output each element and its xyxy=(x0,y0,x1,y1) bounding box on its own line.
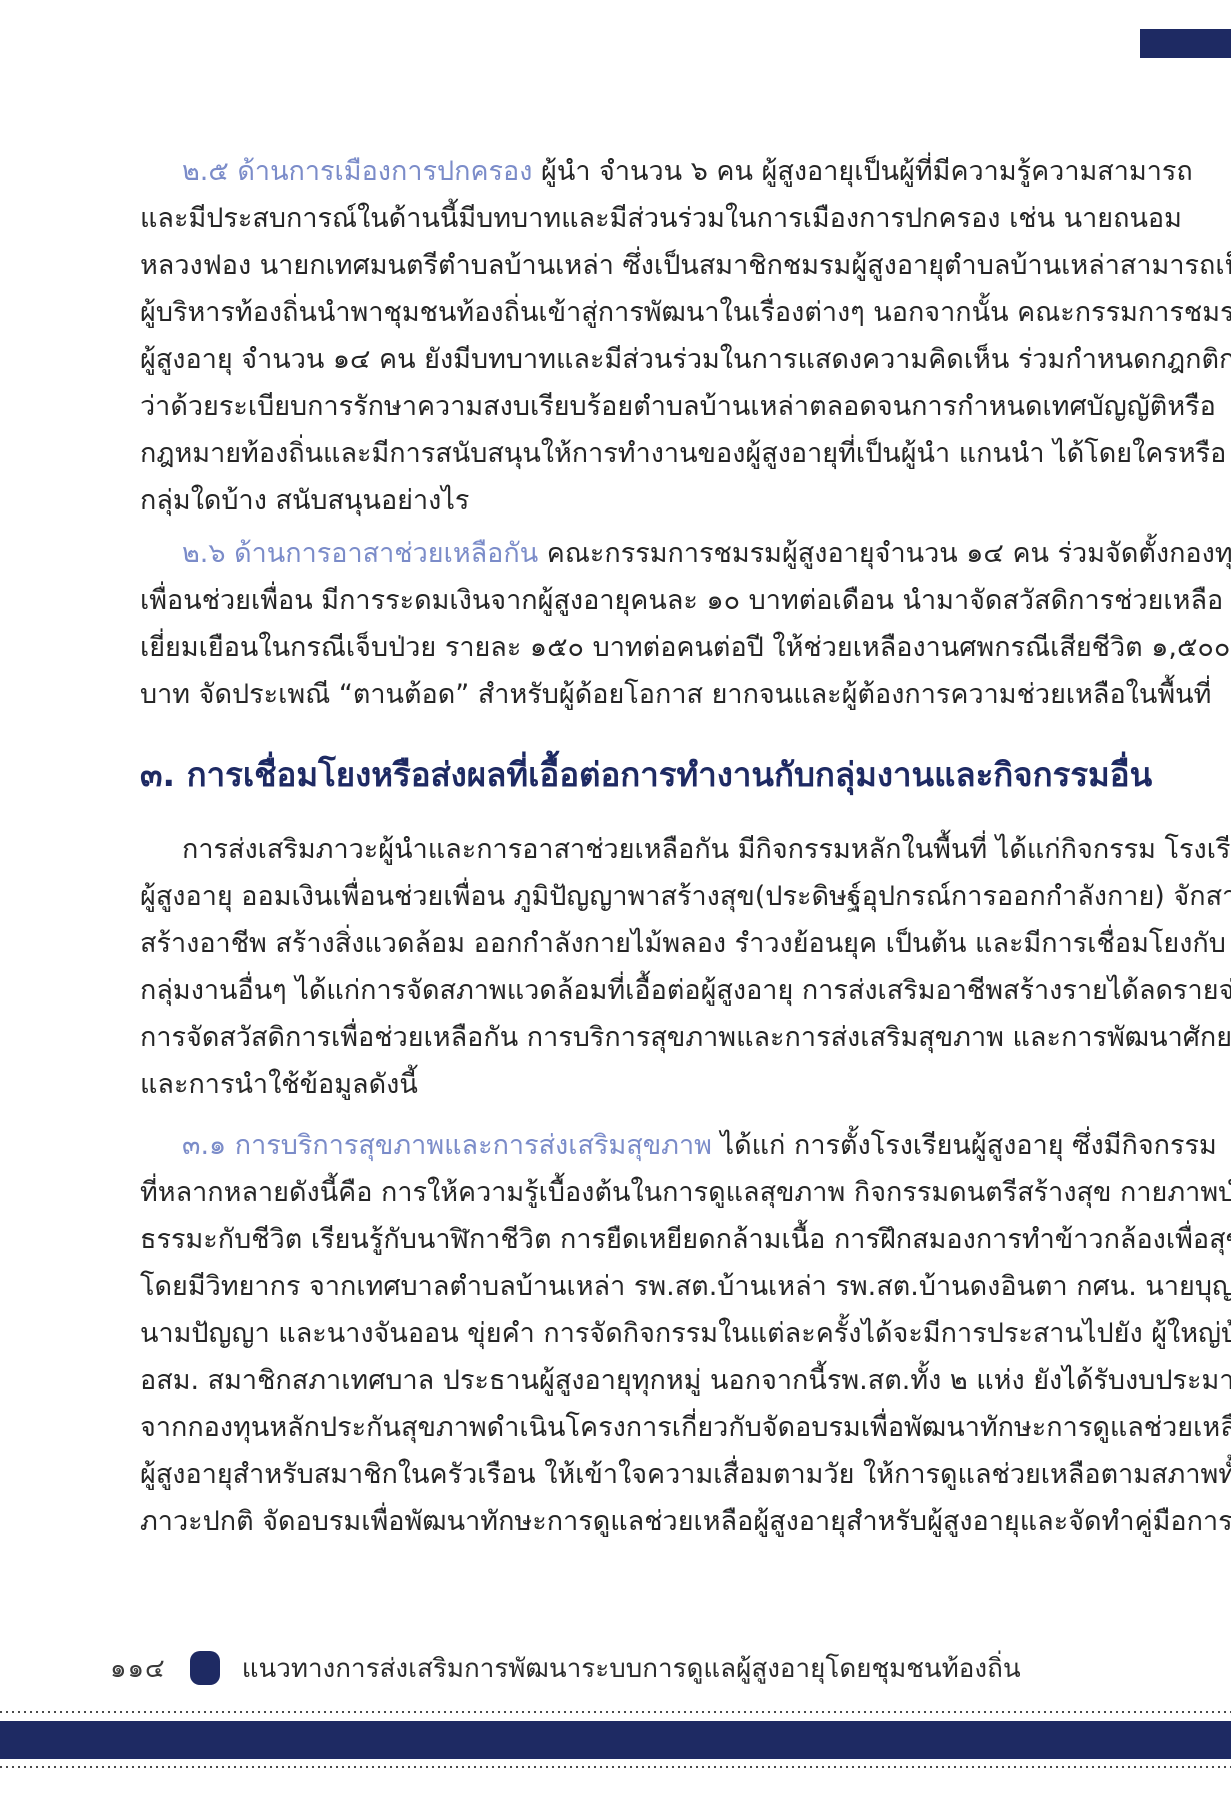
line-text: ผู้สูงอายุสำหรับสมาชิกในครัวเรือน ให้เข้… xyxy=(140,1459,1231,1490)
line-text: เยี่ยมเยือนในกรณีเจ็บป่วย รายละ ๑๕๐ บาทต… xyxy=(140,632,1230,663)
paragraph: ๓.๑ การบริการสุขภาพและการส่งเสริมสุขภาพ … xyxy=(140,1122,1092,1545)
page-footer: ๑๑๔ แนวทางการส่งเสริมการพัฒนาระบบการดูแล… xyxy=(110,1648,1021,1688)
line-text: ผู้สูงอายุ ออมเงินเพื่อนช่วยเพื่อน ภูมิป… xyxy=(140,881,1231,912)
text-line: กลุ่มงานอื่นๆ ได้แก่การจัดสภาพแวดล้อมที่… xyxy=(140,967,1092,1014)
text-line: ๒.๖ ด้านการอาสาช่วยเหลือกัน คณะกรรมการชม… xyxy=(140,530,1092,577)
footer-title: แนวทางการส่งเสริมการพัฒนาระบบการดูแลผู้ส… xyxy=(242,1648,1021,1689)
line-text: การจัดสวัสดิการเพื่อช่วยเหลือกัน การบริก… xyxy=(140,1022,1231,1053)
line-text: และมีประสบการณ์ในด้านนี้มีบทบาทและมีส่วน… xyxy=(140,203,1182,234)
line-text: ภาวะปกติ จัดอบรมเพื่อพัฒนาทักษะการดูแลช่… xyxy=(140,1506,1231,1537)
top-right-corner-tab xyxy=(1140,29,1231,58)
line-text: นามปัญญา และนางจันออน ขุ่ยคำ การจัดกิจกร… xyxy=(140,1318,1231,1349)
text-line: บาท จัดประเพณี “ตานต้อด” สำหรับผู้ด้อยโอ… xyxy=(140,671,1092,718)
text-line: หลวงฟอง นายกเทศมนตรีตำบลบ้านเหล่า ซึ่งเป… xyxy=(140,242,1092,289)
line-text: ว่าด้วยระเบียบการรักษาความสงบเรียบร้อยตำ… xyxy=(140,391,1216,422)
line-text: กลุ่มงานอื่นๆ ได้แก่การจัดสภาพแวดล้อมที่… xyxy=(140,975,1231,1006)
navy-rounded-square-icon xyxy=(190,1651,220,1685)
line-text: คณะกรรมการชมรมผู้สูงอายุจำนวน ๑๔ คน ร่วม… xyxy=(538,538,1231,569)
text-line: อสม. สมาชิกสภาเทศบาล ประธานผู้สูงอายุทุก… xyxy=(140,1357,1092,1404)
line-text: ผู้บริหารท้องถิ่นนำพาชุมชนท้องถิ่นเข้าสู… xyxy=(140,297,1231,328)
dotted-divider-top xyxy=(0,1711,1231,1714)
bottom-navy-bar xyxy=(0,1721,1231,1759)
line-text: และการนำใช้ข้อมูลดังนี้ xyxy=(140,1069,418,1100)
dotted-divider-bottom xyxy=(0,1766,1231,1769)
line-text: ผู้นำ จำนวน ๖ คน ผู้สูงอายุเป็นผู้ที่มีค… xyxy=(532,156,1192,187)
text-line: ที่หลากหลายดังนี้คือ การให้ความรู้เบื้อง… xyxy=(140,1169,1092,1216)
subsection-label: ๒.๖ ด้านการอาสาช่วยเหลือกัน xyxy=(182,538,538,569)
line-text: ที่หลากหลายดังนี้คือ การให้ความรู้เบื้อง… xyxy=(140,1177,1231,1208)
text-line: กลุ่มใดบ้าง สนับสนุนอย่างไร xyxy=(140,477,1092,524)
text-line: ภาวะปกติ จัดอบรมเพื่อพัฒนาทักษะการดูแลช่… xyxy=(140,1498,1092,1545)
document-body: ๒.๕ ด้านการเมืองการปกครอง ผู้นำ จำนวน ๖ … xyxy=(140,148,1092,1551)
text-line: โดยมีวิทยากร จากเทศบาลตำบลบ้านเหล่า รพ.ส… xyxy=(140,1263,1092,1310)
line-text: ธรรมะกับชีวิต เรียนรู้กับนาฬิกาชีวิต การ… xyxy=(140,1224,1231,1255)
paragraph: ๒.๖ ด้านการอาสาช่วยเหลือกัน คณะกรรมการชม… xyxy=(140,530,1092,718)
text-line: เยี่ยมเยือนในกรณีเจ็บป่วย รายละ ๑๕๐ บาทต… xyxy=(140,624,1092,671)
text-line: ผู้สูงอายุ จำนวน ๑๔ คน ยังมีบทบาทและมีส่… xyxy=(140,336,1092,383)
text-line: การส่งเสริมภาวะผู้นำและการอาสาช่วยเหลือก… xyxy=(140,826,1092,873)
text-line: เพื่อนช่วยเพื่อน มีการระดมเงินจากผู้สูงอ… xyxy=(140,577,1092,624)
line-text: สร้างอาชีพ สร้างสิ่งแวดล้อม ออกกำลังกายไ… xyxy=(140,928,1226,959)
text-line: ว่าด้วยระเบียบการรักษาความสงบเรียบร้อยตำ… xyxy=(140,383,1092,430)
text-line: และมีประสบการณ์ในด้านนี้มีบทบาทและมีส่วน… xyxy=(140,195,1092,242)
line-text: โดยมีวิทยากร จากเทศบาลตำบลบ้านเหล่า รพ.ส… xyxy=(140,1271,1231,1302)
line-text: จากกองทุนหลักประกันสุขภาพดำเนินโครงการเก… xyxy=(140,1412,1231,1443)
subsection-label: ๓.๑ การบริการสุขภาพและการส่งเสริมสุขภาพ xyxy=(182,1130,712,1161)
line-text: การส่งเสริมภาวะผู้นำและการอาสาช่วยเหลือก… xyxy=(182,834,1231,865)
line-text: ผู้สูงอายุ จำนวน ๑๔ คน ยังมีบทบาทและมีส่… xyxy=(140,344,1231,375)
subsection-label: ๒.๕ ด้านการเมืองการปกครอง xyxy=(182,156,532,187)
text-line: สร้างอาชีพ สร้างสิ่งแวดล้อม ออกกำลังกายไ… xyxy=(140,920,1092,967)
text-line: การจัดสวัสดิการเพื่อช่วยเหลือกัน การบริก… xyxy=(140,1014,1092,1061)
text-line: ผู้บริหารท้องถิ่นนำพาชุมชนท้องถิ่นเข้าสู… xyxy=(140,289,1092,336)
text-line: กฎหมายท้องถิ่นและมีการสนับสนุนให้การทำงา… xyxy=(140,430,1092,477)
line-text: กลุ่มใดบ้าง สนับสนุนอย่างไร xyxy=(140,485,469,516)
text-line: ธรรมะกับชีวิต เรียนรู้กับนาฬิกาชีวิต การ… xyxy=(140,1216,1092,1263)
text-line: ผู้สูงอายุ ออมเงินเพื่อนช่วยเพื่อน ภูมิป… xyxy=(140,873,1092,920)
line-text: บาท จัดประเพณี “ตานต้อด” สำหรับผู้ด้อยโอ… xyxy=(140,679,1211,710)
text-line: ๒.๕ ด้านการเมืองการปกครอง ผู้นำ จำนวน ๖ … xyxy=(140,148,1092,195)
text-line: ผู้สูงอายุสำหรับสมาชิกในครัวเรือน ให้เข้… xyxy=(140,1451,1092,1498)
section-heading: ๓. การเชื่อมโยงหรือส่งผลที่เอื้อต่อการทำ… xyxy=(140,752,1092,798)
document-page: ๒.๕ ด้านการเมืองการปกครอง ผู้นำ จำนวน ๖ … xyxy=(0,0,1231,1800)
line-text: เพื่อนช่วยเพื่อน มีการระดมเงินจากผู้สูงอ… xyxy=(140,585,1223,616)
page-number: ๑๑๔ xyxy=(110,1648,166,1689)
paragraph: ๒.๕ ด้านการเมืองการปกครอง ผู้นำ จำนวน ๖ … xyxy=(140,148,1092,524)
line-text: กฎหมายท้องถิ่นและมีการสนับสนุนให้การทำงา… xyxy=(140,438,1226,469)
line-text: หลวงฟอง นายกเทศมนตรีตำบลบ้านเหล่า ซึ่งเป… xyxy=(140,250,1231,281)
text-line: และการนำใช้ข้อมูลดังนี้ xyxy=(140,1061,1092,1108)
line-text: ได้แก่ การตั้งโรงเรียนผู้สูงอายุ ซึ่งมีก… xyxy=(712,1130,1217,1161)
line-text: อสม. สมาชิกสภาเทศบาล ประธานผู้สูงอายุทุก… xyxy=(140,1365,1231,1396)
paragraph: การส่งเสริมภาวะผู้นำและการอาสาช่วยเหลือก… xyxy=(140,826,1092,1108)
text-line: ๓.๑ การบริการสุขภาพและการส่งเสริมสุขภาพ … xyxy=(140,1122,1092,1169)
text-line: จากกองทุนหลักประกันสุขภาพดำเนินโครงการเก… xyxy=(140,1404,1092,1451)
text-line: นามปัญญา และนางจันออน ขุ่ยคำ การจัดกิจกร… xyxy=(140,1310,1092,1357)
